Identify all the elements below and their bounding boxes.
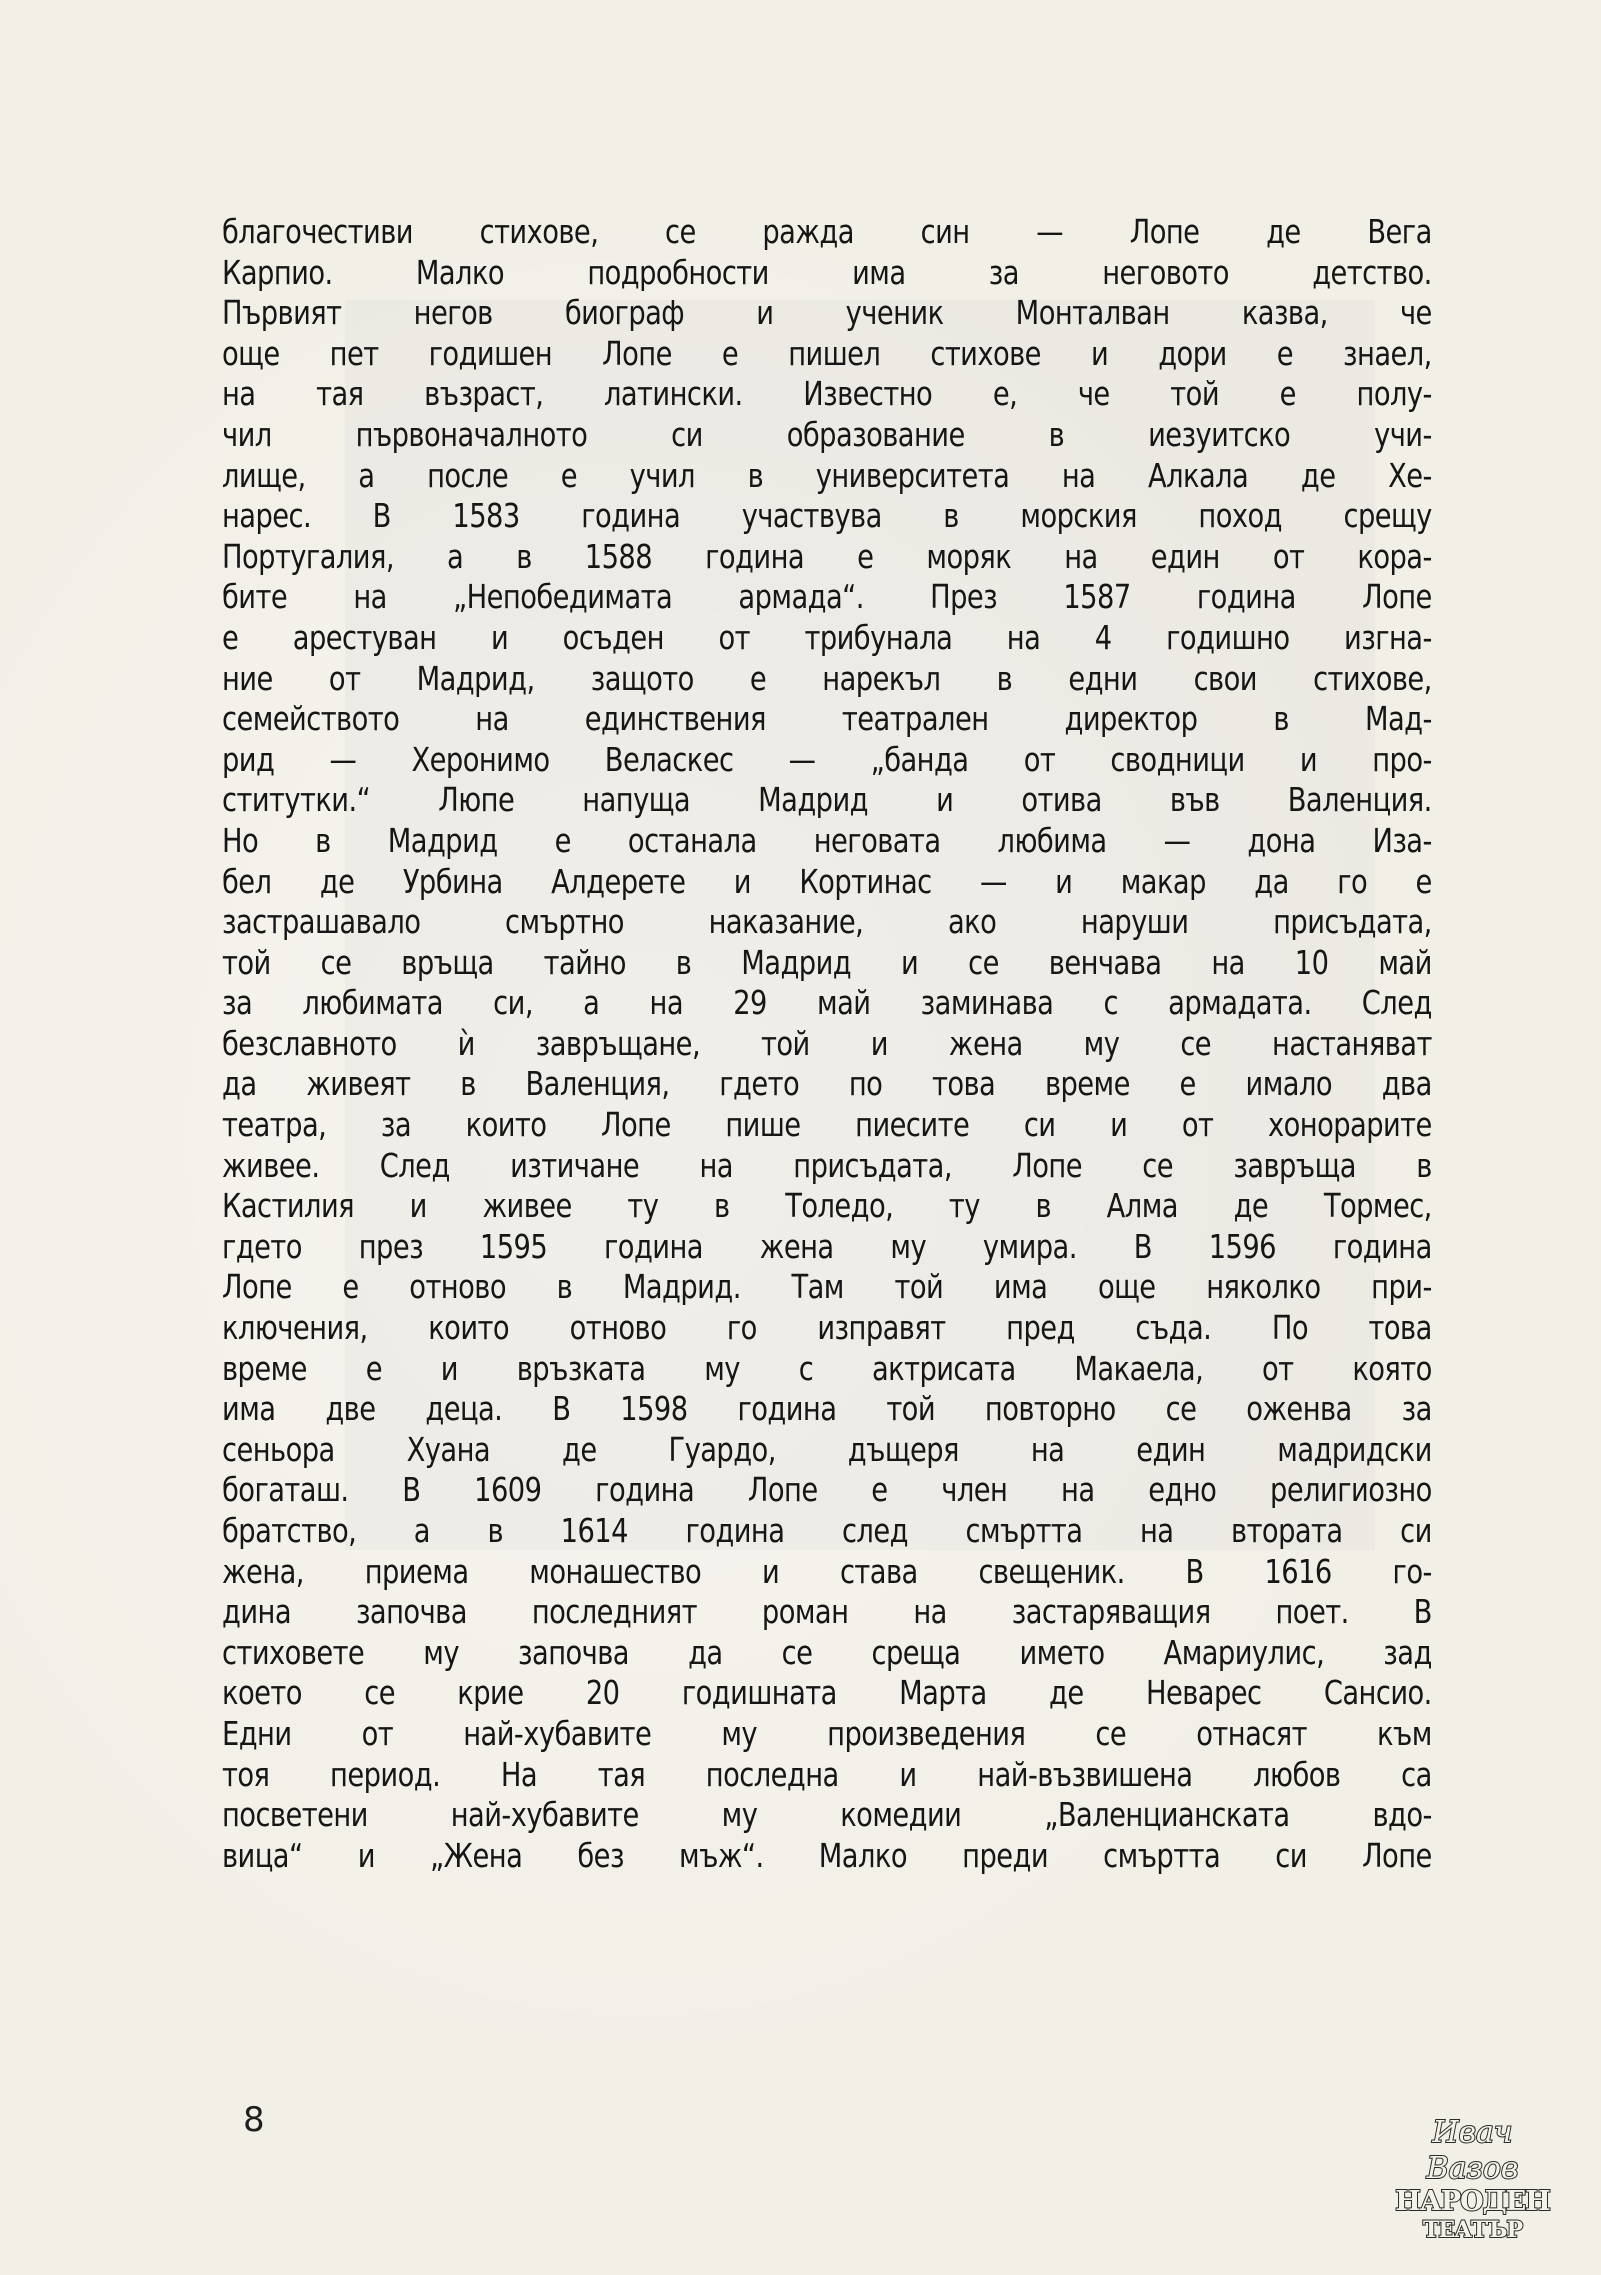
- text-line: Португалия, а в 1588 година е моряк на е…: [222, 537, 1432, 578]
- text-line: ние от Мадрид, защото е нарекъл в едни с…: [222, 659, 1432, 700]
- logo-line-1: НАРОДЕН: [1385, 2187, 1560, 2217]
- text-line: бите на „Непобедимата армада“. През 1587…: [222, 577, 1432, 618]
- text-line: лище, а после е учил в университета на А…: [222, 456, 1432, 497]
- text-line: богаташ. В 1609 година Лопе е член на ед…: [222, 1470, 1432, 1511]
- text-line: рид — Херонимо Веласкес — „банда от свод…: [222, 740, 1432, 781]
- logo-line-2: ТЕАТЪР: [1385, 2217, 1560, 2243]
- text-line: тоя период. На тая последна и най-възвиш…: [222, 1755, 1432, 1796]
- text-line: време е и връзката му с актрисата Макаел…: [222, 1349, 1432, 1390]
- text-line: Лопе е отново в Мадрид. Там той има още …: [222, 1267, 1432, 1308]
- text-line: той се връща тайно в Мадрид и се венчава…: [222, 943, 1432, 984]
- text-line: нарес. В 1583 година участвува в морския…: [222, 496, 1432, 537]
- text-line: има две деца. В 1598 година той повторно…: [222, 1389, 1432, 1430]
- page-number: 8: [243, 2100, 265, 2140]
- text-line: на тая възраст, латински. Известно е, че…: [222, 374, 1432, 415]
- text-line: безславното ѝ завръщане, той и жена му с…: [222, 1024, 1432, 1065]
- text-line: гдето през 1595 година жена му умира. В …: [222, 1227, 1432, 1268]
- text-line: вица“ и „Жена без мъж“. Малко преди смър…: [222, 1836, 1432, 1877]
- text-line: сеньора Хуана де Гуардо, дъщеря на един …: [222, 1430, 1432, 1471]
- text-line: Едни от най-хубавите му произведения се …: [222, 1714, 1432, 1755]
- text-line: ключения, които отново го изправят пред …: [222, 1308, 1432, 1349]
- text-line: което се крие 20 годишната Марта де Нева…: [222, 1673, 1432, 1714]
- text-line: е арестуван и осъден от трибунала на 4 г…: [222, 618, 1432, 659]
- text-line: още пет годишен Лопе е пишел стихове и д…: [222, 334, 1432, 375]
- text-line: семейството на единствения театрален дир…: [222, 699, 1432, 740]
- scanned-page: благочестиви стихове, се ражда син — Лоп…: [0, 0, 1601, 2275]
- text-line: за любимата си, а на 29 май заминава с а…: [222, 983, 1432, 1024]
- text-line: Първият негов биограф и ученик Монталван…: [222, 293, 1432, 334]
- national-theatre-logo: Ивач Вазов НАРОДЕН ТЕАТЪР: [1385, 2115, 1560, 2220]
- logo-signature: Ивач Вазов: [1385, 2115, 1560, 2187]
- text-line: ститутки.“ Люпе напуща Мадрид и отива въ…: [222, 780, 1432, 821]
- text-line: Но в Мадрид е останала неговата любима —…: [222, 821, 1432, 862]
- text-line: жена, приема монашество и става свещеник…: [222, 1552, 1432, 1593]
- text-line: застрашавало смъртно наказание, ако нару…: [222, 902, 1432, 943]
- text-line: посветени най-хубавите му комедии „Вален…: [222, 1795, 1432, 1836]
- body-text: благочестиви стихове, се ражда син — Лоп…: [222, 212, 1432, 1876]
- text-line: театра, за които Лопе пише пиесите си и …: [222, 1105, 1432, 1146]
- text-line: бел де Урбина Алдерете и Кортинас — и ма…: [222, 862, 1432, 903]
- text-line: Карпио. Малко подробности има за неговот…: [222, 253, 1432, 294]
- text-line: Кастилия и живее ту в Толедо, ту в Алма …: [222, 1186, 1432, 1227]
- text-line: дина започва последният роман на застаря…: [222, 1592, 1432, 1633]
- text-line: живее. След изтичане на присъдата, Лопе …: [222, 1146, 1432, 1187]
- text-line: благочестиви стихове, се ражда син — Лоп…: [222, 212, 1432, 253]
- text-line: стиховете му започва да се среща името А…: [222, 1633, 1432, 1674]
- text-line: да живеят в Валенция, гдето по това врем…: [222, 1064, 1432, 1105]
- text-line: братство, а в 1614 година след смъртта н…: [222, 1511, 1432, 1552]
- text-line: чил първоначалното си образование в иезу…: [222, 415, 1432, 456]
